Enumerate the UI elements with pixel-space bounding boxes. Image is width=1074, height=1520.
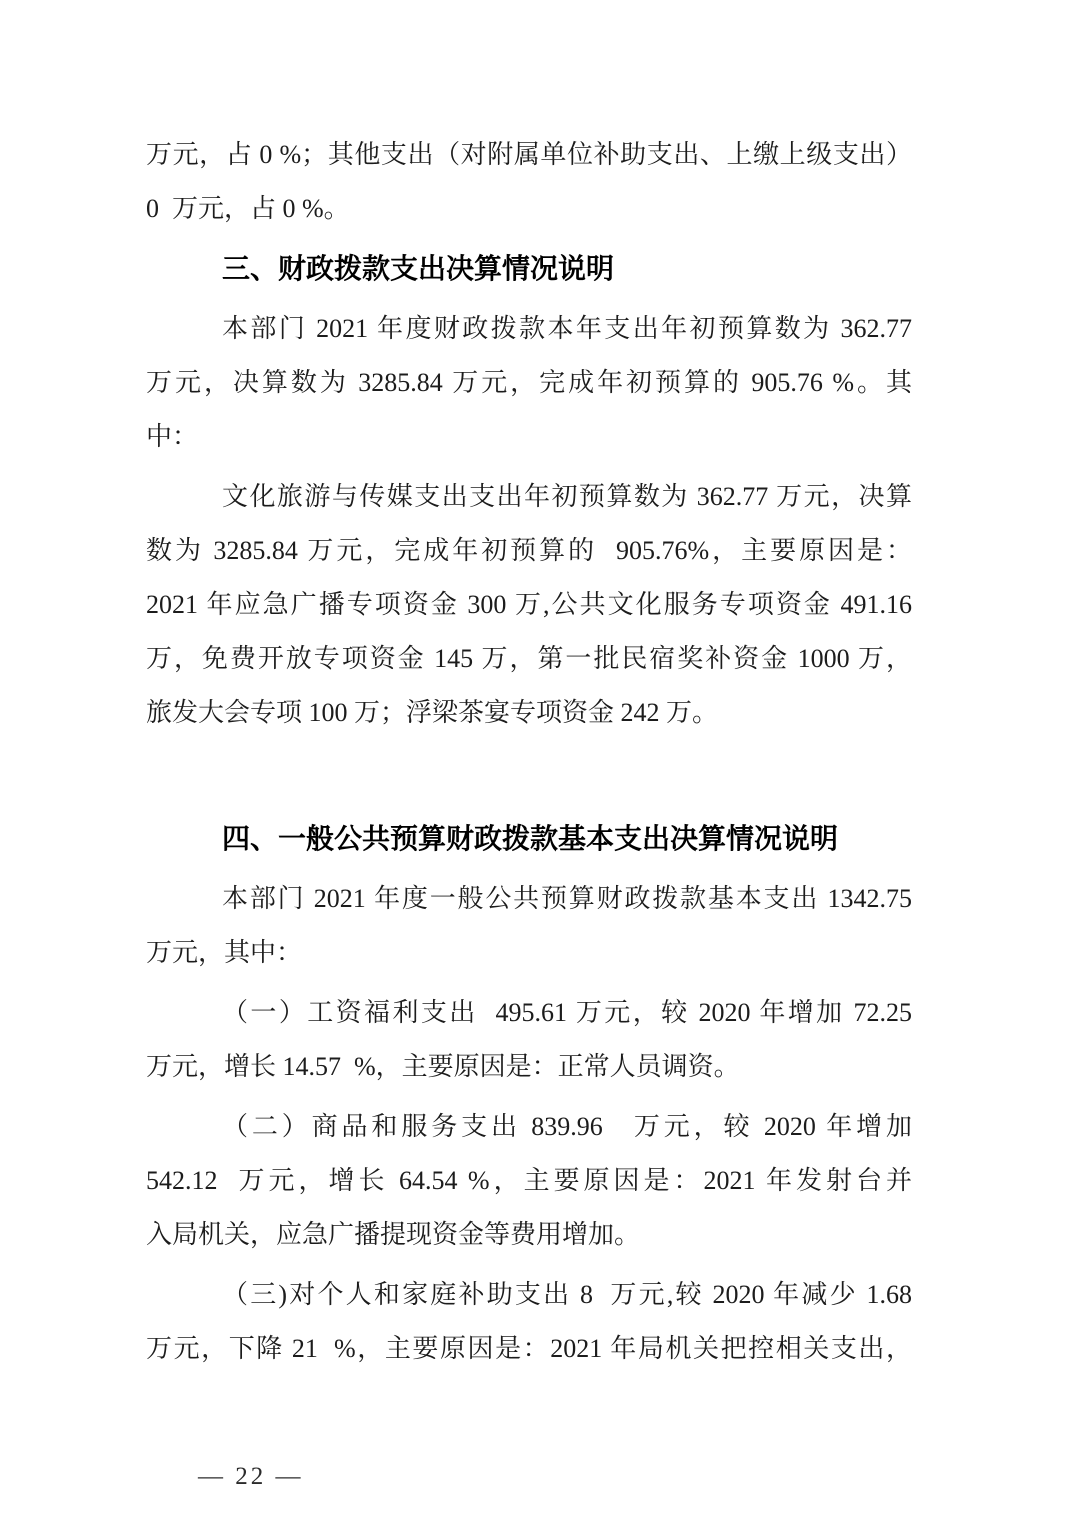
- text-line: 万元，增长 14.57 %，主要原因是：正常人员调资。: [146, 1040, 912, 1094]
- blank-line: [146, 746, 912, 806]
- text-line: 542.12 万元，增长 64.54 %，主要原因是：2021 年发射台并: [146, 1154, 912, 1208]
- section-heading: 四、一般公共预算财政拨款基本支出决算情况说明: [146, 812, 912, 866]
- paragraph: 本部门 2021 年度一般公共预算财政拨款基本支出 1342.75万元，其中：: [146, 872, 912, 980]
- page-number: — 22 —: [198, 1463, 304, 1490]
- text-line: 万元，占 0 %；其他支出（对附属单位补助支出、上缴上级支出）: [146, 128, 912, 182]
- paragraph: （三)对个人和家庭补助支出 8 万元,较 2020 年减少 1.68万元，下降 …: [146, 1268, 912, 1376]
- text-line: （三)对个人和家庭补助支出 8 万元,较 2020 年减少 1.68: [146, 1268, 912, 1322]
- text-line: （二）商品和服务支出 839.96 万元，较 2020 年增加: [146, 1100, 912, 1154]
- text-line: 本部门 2021 年度一般公共预算财政拨款基本支出 1342.75: [146, 872, 912, 926]
- text-line: 本部门 2021 年度财政拨款本年支出年初预算数为 362.77: [146, 302, 912, 356]
- text-line: （一）工资福利支出 495.61 万元，较 2020 年增加 72.25: [146, 986, 912, 1040]
- text-line: 旅发大会专项 100 万；浮梁茶宴专项资金 242 万。: [146, 686, 912, 740]
- text-line: 万元，其中：: [146, 926, 912, 980]
- text-line: 万元，决算数为 3285.84 万元，完成年初预算的 905.76 %。其: [146, 356, 912, 410]
- text-line: 数为 3285.84 万元，完成年初预算的 905.76%，主要原因是：: [146, 524, 912, 578]
- paragraph: （二）商品和服务支出 839.96 万元，较 2020 年增加542.12 万元…: [146, 1100, 912, 1262]
- heading-text-line: 四、一般公共预算财政拨款基本支出决算情况说明: [146, 812, 912, 866]
- text-line: 0 万元，占 0 %。: [146, 182, 912, 236]
- paragraph: 万元，占 0 %；其他支出（对附属单位补助支出、上缴上级支出）0 万元，占 0 …: [146, 128, 912, 236]
- paragraph: 本部门 2021 年度财政拨款本年支出年初预算数为 362.77万元，决算数为 …: [146, 302, 912, 464]
- paragraph: 文化旅游与传媒支出支出年初预算数为 362.77 万元，决算数为 3285.84…: [146, 470, 912, 740]
- text-line: 入局机关，应急广播提现资金等费用增加。: [146, 1208, 912, 1262]
- section-heading: 三、财政拨款支出决算情况说明: [146, 242, 912, 296]
- text-line: 中：: [146, 410, 912, 464]
- text-line: 万，免费开放专项资金 145 万，第一批民宿奖补资金 1000 万，: [146, 632, 912, 686]
- page-footer: — 22 —: [161, 1399, 304, 1451]
- document-body: 万元，占 0 %；其他支出（对附属单位补助支出、上缴上级支出）0 万元，占 0 …: [146, 128, 912, 1376]
- text-line: 万元，下降 21 %，主要原因是：2021 年局机关把控相关支出，: [146, 1322, 912, 1376]
- text-line: 2021 年应急广播专项资金 300 万,公共文化服务专项资金 491.16: [146, 578, 912, 632]
- paragraph: （一）工资福利支出 495.61 万元，较 2020 年增加 72.25万元，增…: [146, 986, 912, 1094]
- document-page: 万元，占 0 %；其他支出（对附属单位补助支出、上缴上级支出）0 万元，占 0 …: [0, 0, 1074, 1520]
- heading-text-line: 三、财政拨款支出决算情况说明: [146, 242, 912, 296]
- text-line: 文化旅游与传媒支出支出年初预算数为 362.77 万元，决算: [146, 470, 912, 524]
